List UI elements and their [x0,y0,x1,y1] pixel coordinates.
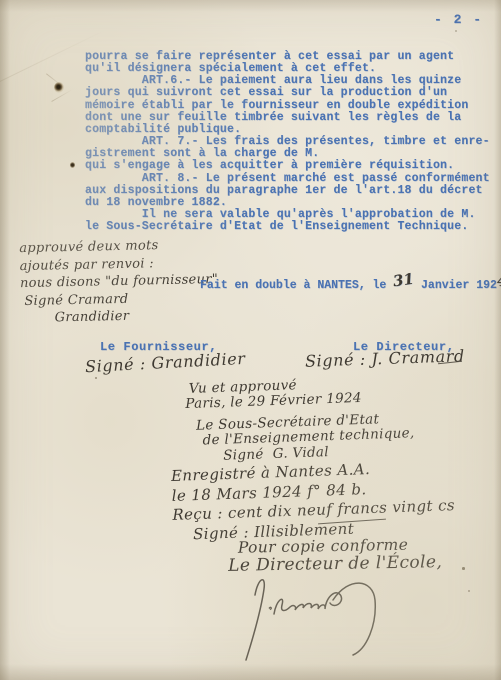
scanned-document-page: - 2 - pourra se faire représenter à cet … [0,0,501,680]
date-line-typed-suffix: Janvier 192 [414,279,497,292]
margin-note-signature: Grandidier [21,306,219,328]
handwritten-year-digit: 4 [497,272,501,290]
paper-speck [455,30,457,32]
typed-line: le Sous-Secrétaire d'Etat de l'Enseignem… [85,221,497,233]
handwritten-day: 31 [392,270,415,291]
date-line: Fait en double à NANTES, le 31 Janvier 1… [200,274,501,292]
date-line-typed-prefix: Fait en double à NANTES, le [200,279,393,292]
typed-line: mémoire établi par le fournisseur en dou… [85,100,497,112]
paper-hole [70,162,75,168]
director-signature [222,548,407,673]
typed-line-art8: ART. 8.- Le présent marché est passé con… [85,173,497,185]
typed-line: jours qui suivront cet essai sur la prod… [85,87,497,99]
paper-speck [468,590,470,592]
approval-block: Vu et approuvé Paris, le 29 Février 1924… [189,374,416,465]
typed-body: pourra se faire représenter à cet essai … [85,51,497,233]
margin-annotation: approuvé deux mots ajoutés par renvoi : … [19,236,219,328]
director-signed-mention: Signé : J. Cramard [305,346,465,371]
paper-speck [95,377,97,379]
registration-block: Enregistré à Nantes A.A. le 18 Mars 1924… [171,457,456,545]
page-number: - 2 - [434,12,483,27]
paper-speck [462,567,465,570]
typed-line: qui s'engage à les acquitter à première … [85,160,497,172]
